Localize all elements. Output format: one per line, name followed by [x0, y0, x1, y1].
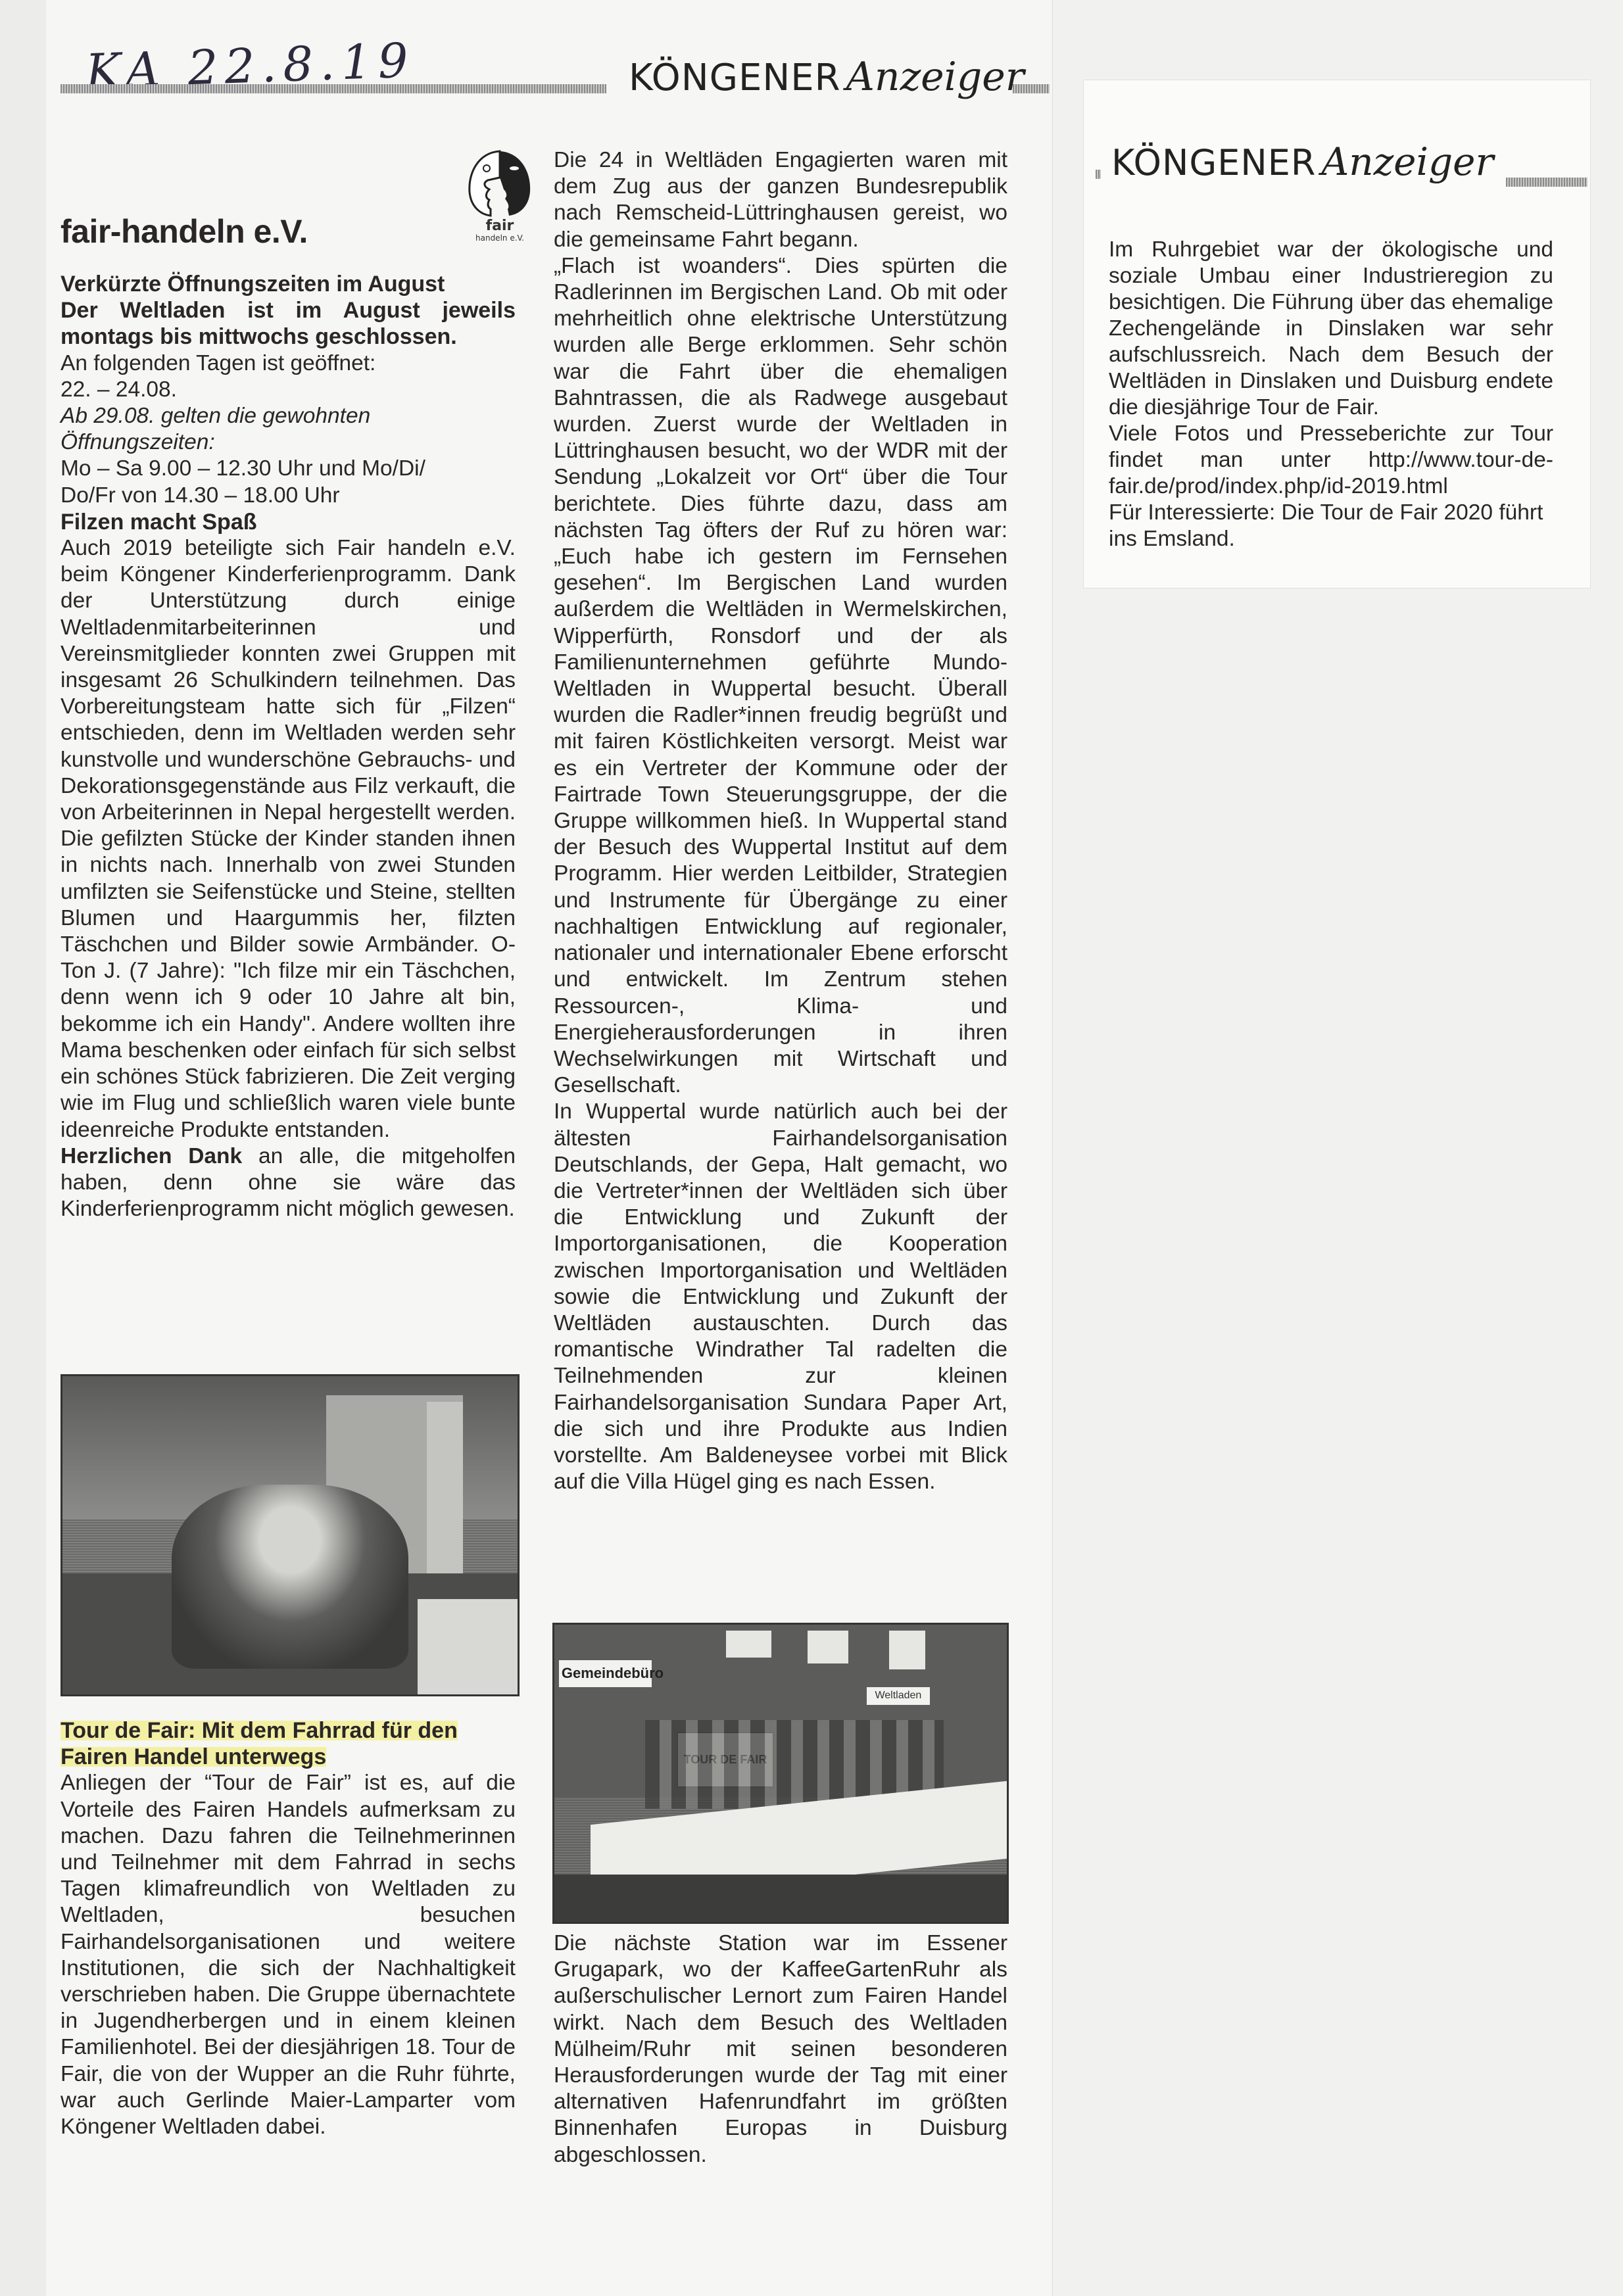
after-photo-paragraph: Die nächste Station war im Essener Gruga… — [554, 1930, 1007, 2168]
from-date-note: Ab 29.08. gelten die gewohnten Öffnungsz… — [61, 403, 429, 456]
notice-headline: Verkürzte Öffnungszeiten im August — [61, 271, 516, 297]
middle-paragraph-1: Die 24 in Weltläden Engagierten waren mi… — [554, 147, 1007, 253]
photo-tour-group-weltladen: Gemeindebüro Weltladen TOUR DE FAIR — [552, 1623, 1009, 1924]
masthead-rule-left — [61, 84, 606, 93]
left-column: fair-handeln e.V. Verkürzte Öffnungszeit… — [61, 212, 516, 1222]
notice-subhead: Der Weltladen ist im August jeweils mont… — [61, 297, 516, 350]
right-paragraph-2: Viele Fotos und Presseberichte zur Tour … — [1109, 421, 1553, 500]
tour-article: Tour de Fair: Mit dem Fahrrad für den Fa… — [61, 1717, 516, 2140]
right-paragraph-1: Im Ruhrgebiet war der ökologische und so… — [1109, 237, 1553, 421]
hours-line-2: Do/Fr von 14.30 – 18.00 Uhr — [61, 483, 516, 509]
photo-pavement — [418, 1599, 518, 1694]
masthead-script: Anzeiger — [846, 54, 1025, 100]
middle-column: Die 24 in Weltläden Engagierten waren mi… — [554, 147, 1007, 1495]
thanks-bold: Herzlichen Dank — [61, 1144, 242, 1168]
photo-children-group — [61, 1374, 520, 1696]
right-masthead-caps: KÖNGENER — [1111, 142, 1316, 183]
right-masthead-script: Anzeiger — [1321, 139, 1493, 184]
open-days: 22. – 24.08. — [61, 377, 516, 403]
tour-headline: Tour de Fair: Mit dem Fahrrad für den Fa… — [61, 1717, 516, 1770]
masthead-rule-right — [1013, 84, 1050, 93]
photo-people-group — [172, 1485, 408, 1669]
photo-window-2 — [808, 1631, 848, 1663]
masthead-caps: KÖNGENER — [629, 57, 841, 99]
org-title: fair-handeln e.V. — [61, 212, 516, 251]
middle-paragraph-2: „Flach ist woanders“. Dies spürten die R… — [554, 253, 1007, 1099]
tour-body: Anliegen der “Tour de Fair” ist es, auf … — [61, 1770, 516, 2140]
right-clipping-text: Im Ruhrgebiet war der ökologische und so… — [1109, 237, 1553, 552]
masthead: KÖNGENER Anzeiger — [629, 54, 1024, 100]
thanks-paragraph: Herzlichen Dank an alle, die mitge­holfe… — [61, 1143, 516, 1223]
middle-paragraph-3: In Wuppertal wurde natürlich auch bei de… — [554, 1099, 1007, 1495]
photo-chairs — [554, 1875, 1007, 1922]
hours-line-1: Mo – Sa 9.00 – 12.30 Uhr und Mo/Di/ — [61, 456, 516, 482]
scan-background-edge — [0, 0, 46, 2296]
sign-weltladen: Weltladen — [867, 1687, 930, 1705]
right-masthead-rule-left — [1096, 170, 1101, 179]
right-masthead: KÖNGENER Anzeiger — [1111, 139, 1493, 184]
photo-window-3 — [889, 1631, 925, 1669]
felt-article-body: Auch 2019 beteiligte sich Fair handeln e… — [61, 535, 516, 1143]
felt-article-headline: Filzen macht Spaß — [61, 509, 516, 535]
middle-after-photo: Die nächste Station war im Essener Gruga… — [554, 1930, 1007, 2168]
right-paragraph-3: Für Interessierte: Die Tour de Fair 2020… — [1109, 500, 1553, 552]
photo-window-1 — [726, 1631, 771, 1658]
sign-gemeindebuero: Gemeindebüro — [559, 1660, 652, 1687]
open-days-label: An folgenden Tagen ist geöffnet: — [61, 350, 516, 377]
right-masthead-rule-right — [1506, 178, 1587, 187]
tour-headline-text: Tour de Fair: Mit dem Fahrrad für den Fa… — [61, 1718, 458, 1769]
